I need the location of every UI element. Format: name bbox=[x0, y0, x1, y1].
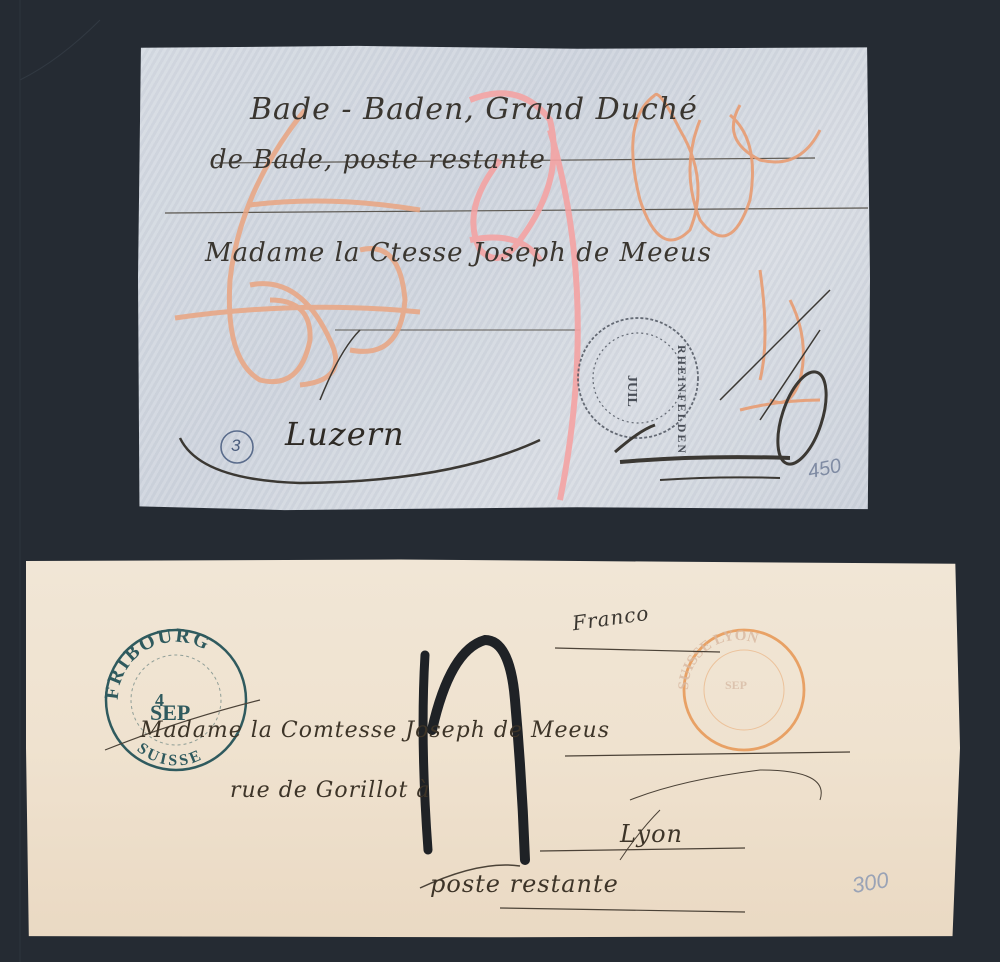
address-line-2: de Bade, poste restante bbox=[210, 145, 546, 175]
destination-luzern: Luzern bbox=[285, 415, 405, 453]
address-line-1: Bade - Baden, Grand Duché bbox=[250, 92, 698, 127]
postmark-month: SEP bbox=[150, 700, 190, 726]
bottom-address-poste-restante: poste restante bbox=[430, 870, 619, 898]
bottom-address-line-2: rue de Gorillot à bbox=[230, 778, 430, 803]
red-postmark-month: SEP bbox=[725, 678, 747, 693]
address-line-3: Madame la Ctesse Joseph de Meeus bbox=[205, 238, 712, 268]
bottom-address-city: Lyon bbox=[620, 820, 683, 848]
bottom-address-line-1: Madame la Comtesse Joseph de Meeus bbox=[140, 718, 610, 743]
circled-mark-number: 3 bbox=[231, 436, 240, 456]
